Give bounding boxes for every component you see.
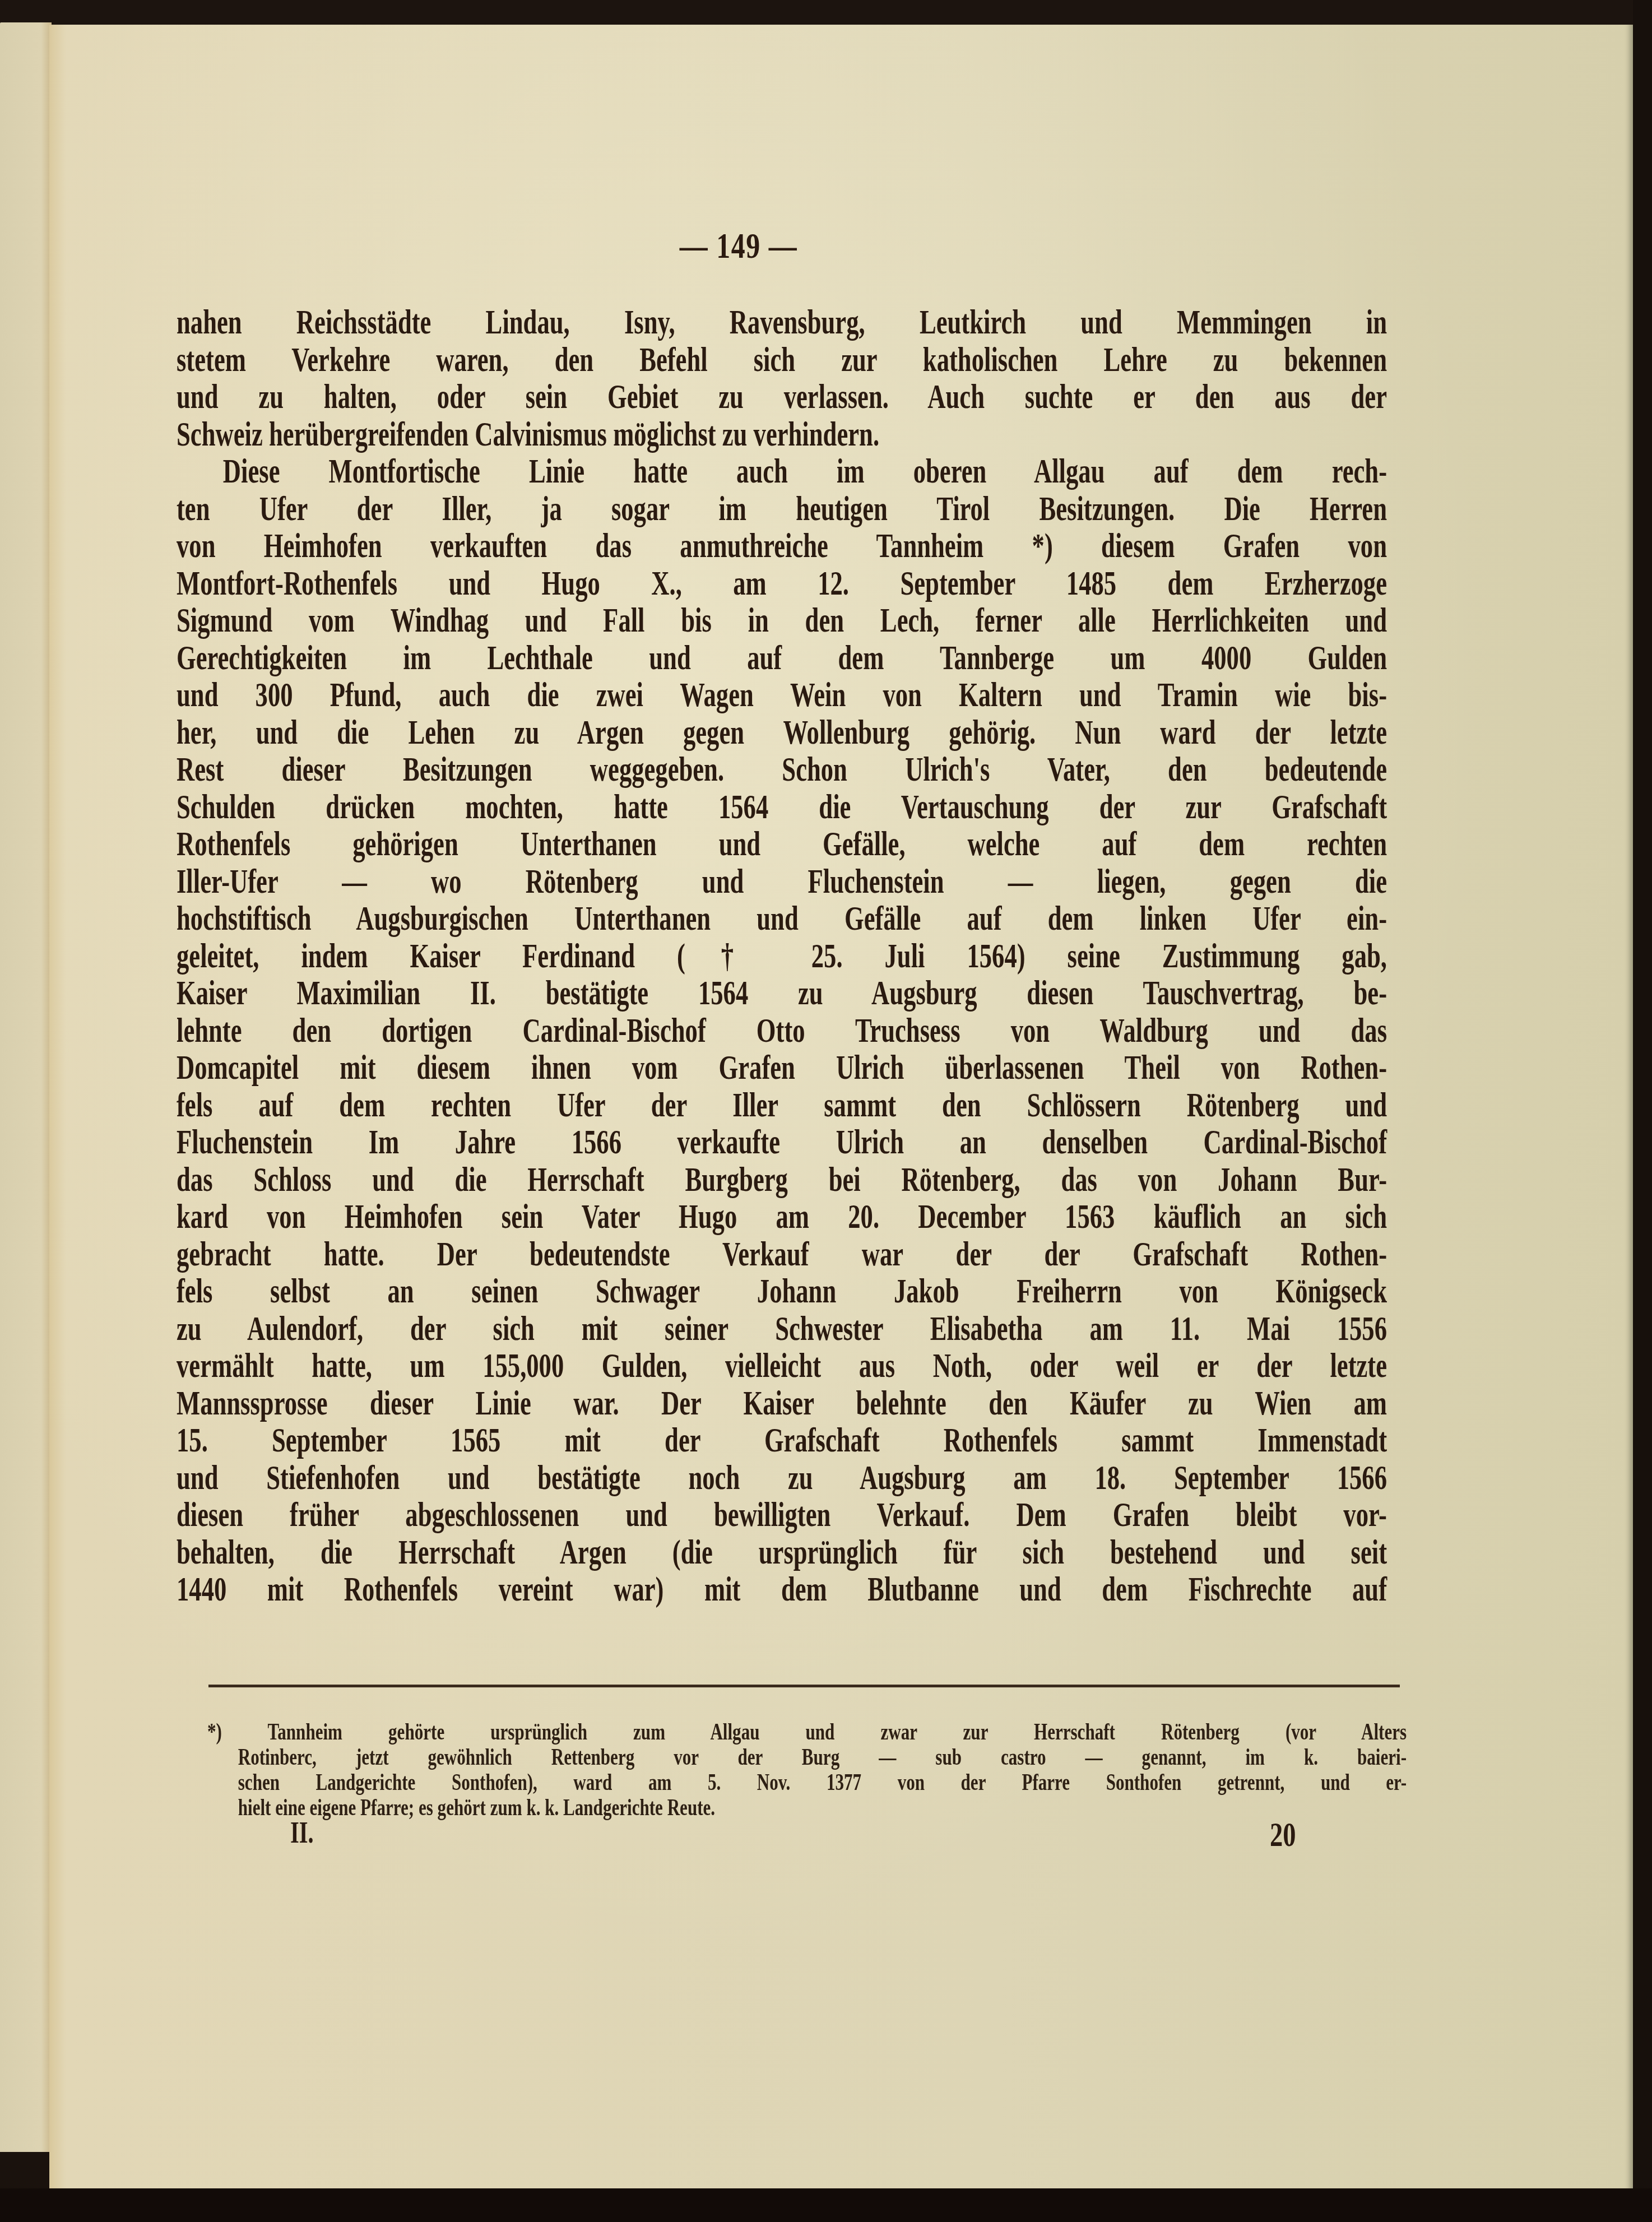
text-line: das Schloss und die Herrschaft Burgberg … xyxy=(177,1161,1387,1199)
text-line: Sigmund vom Windhag und Fall bis in den … xyxy=(177,602,1387,639)
text-line: 15. September 1565 mit der Grafschaft Ro… xyxy=(177,1422,1387,1459)
text-line: nahen Reichsstädte Lindau, Isny, Ravensb… xyxy=(177,304,1387,341)
text-line: behalten, die Herrschaft Argen (die ursp… xyxy=(177,1534,1387,1571)
text-line: Montfort-Rothenfels und Hugo X., am 12. … xyxy=(177,565,1387,602)
text-line: Rest dieser Besitzungen weggegeben. Scho… xyxy=(177,751,1387,788)
footnote-line: schen Landgerichte Sonthofen), ward am 5… xyxy=(207,1770,1407,1796)
text-line: gebracht hatte. Der bedeutendste Verkauf… xyxy=(177,1236,1387,1273)
text-line: 1440 mit Rothenfels vereint war) mit dem… xyxy=(177,1571,1387,1608)
text-line: vermählt hatte, um 155,000 Gulden, viell… xyxy=(177,1347,1387,1385)
text-line: von Heimhofen verkauften das anmuthreich… xyxy=(177,527,1387,565)
scan-border-top xyxy=(0,0,1652,25)
body-text: nahen Reichsstädte Lindau, Isny, Ravensb… xyxy=(177,304,1387,1608)
text-line: und Stiefenhofen und bestätigte noch zu … xyxy=(177,1459,1387,1497)
facing-page-edge xyxy=(0,22,52,2152)
text-line: Schweiz herübergreifenden Calvinismus mö… xyxy=(177,416,1387,453)
footnote-line: hielt eine eigene Pfarre; es gehört zum … xyxy=(207,1796,1407,1821)
text-line: Iller-Ufer — wo Rötenberg und Fluchenste… xyxy=(177,863,1387,901)
footnote-line: Rotinberc, jetzt gewöhnlich Rettenberg v… xyxy=(207,1745,1407,1770)
text-line: Mannssprosse dieser Linie war. Der Kaise… xyxy=(177,1385,1387,1422)
footnote: *) Tannheim gehörte ursprünglich zum All… xyxy=(207,1720,1407,1821)
book-page: — 149 — nahen Reichsstädte Lindau, Isny,… xyxy=(49,25,1633,2193)
text-line: Gerechtigkeiten im Lechthale und auf dem… xyxy=(177,639,1387,677)
page-number: — 149 — xyxy=(201,225,1277,267)
text-line: Kaiser Maximilian II. bestätigte 1564 zu… xyxy=(177,975,1387,1012)
text-line: geleitet, indem Kaiser Ferdinand († 25. … xyxy=(177,938,1387,975)
text-line: und 300 Pfund, auch die zwei Wagen Wein … xyxy=(177,676,1387,714)
text-line: Rothenfels gehörigen Unterthanen und Gef… xyxy=(177,825,1387,863)
text-line: stetem Verkehre waren, den Befehl sich z… xyxy=(177,341,1387,379)
text-line: ten Ufer der Iller, ja sogar im heutigen… xyxy=(177,490,1387,528)
scan-border-right xyxy=(1633,0,1652,2222)
text-line: hochstiftisch Augsburgischen Unterthanen… xyxy=(177,900,1387,938)
text-line: her, und die Lehen zu Argen gegen Wollen… xyxy=(177,714,1387,752)
text-line: und zu halten, oder sein Gebiet zu verla… xyxy=(177,378,1387,416)
paragraph-start-line: Diese Montfortische Linie hatte auch im … xyxy=(177,453,1387,490)
text-line: lehnte den dortigen Cardinal-Bischof Ott… xyxy=(177,1012,1387,1050)
footnote-line: *) Tannheim gehörte ursprünglich zum All… xyxy=(207,1720,1407,1745)
text-line: Schulden drücken mochten, hatte 1564 die… xyxy=(177,788,1387,826)
footnote-divider xyxy=(208,1685,1400,1687)
text-line: fels auf dem rechten Ufer der Iller samm… xyxy=(177,1087,1387,1124)
text-line: Domcapitel mit diesem ihnen vom Grafen U… xyxy=(177,1049,1387,1087)
text-line: zu Aulendorf, der sich mit seiner Schwes… xyxy=(177,1310,1387,1348)
text-line: Fluchenstein Im Jahre 1566 verkaufte Ulr… xyxy=(177,1124,1387,1161)
sheet-signature-number: 20 xyxy=(1270,1815,1296,1855)
volume-mark: II. xyxy=(290,1815,314,1850)
scan-border-bottom xyxy=(0,2188,1652,2222)
text-line: fels selbst an seinen Schwager Johann Ja… xyxy=(177,1273,1387,1310)
text-line: diesen früher abgeschlossenen und bewill… xyxy=(177,1496,1387,1534)
text-line: kard von Heimhofen sein Vater Hugo am 20… xyxy=(177,1198,1387,1236)
